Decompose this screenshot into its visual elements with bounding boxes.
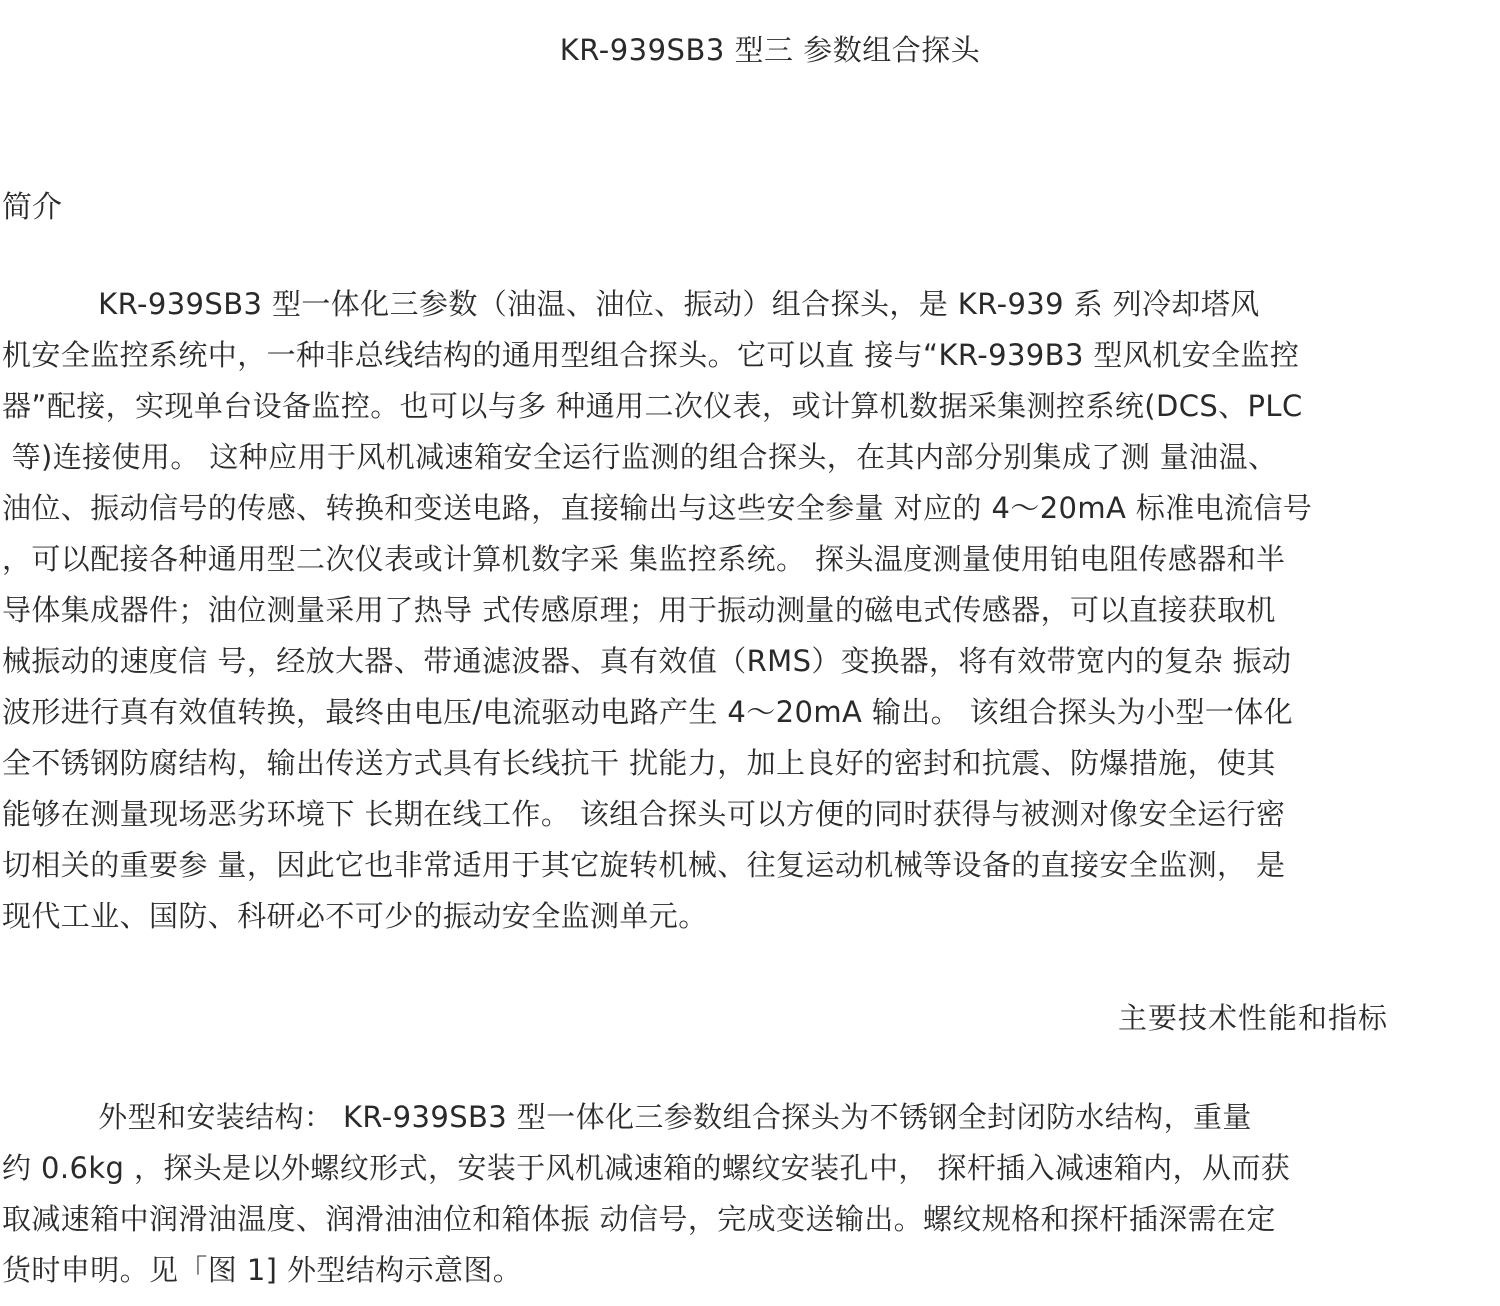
intro-line: 切相关的重要参 量，因此它也非常适用于其它旋转机械、往复运动机械等设备的直接安全… bbox=[2, 840, 1498, 891]
specs-line: 取减速箱中润滑油温度、润滑油油位和箱体振 动信号，完成变送输出。螺纹规格和探杆插… bbox=[2, 1194, 1498, 1245]
intro-line: 械振动的速度信 号，经放大器、带通滤波器、真有效值（RMS）变换器，将有效带宽内… bbox=[2, 636, 1498, 687]
intro-line: 油位、振动信号的传感、转换和变送电路，直接输出与这些安全参量 对应的 4～20m… bbox=[2, 483, 1498, 534]
intro-line: 全不锈钢防腐结构，输出传送方式具有长线抗干 扰能力，加上良好的密封和抗震、防爆措… bbox=[2, 738, 1498, 789]
intro-line: 机安全监控系统中，一种非总线结构的通用型组合探头。它可以直 接与“KR-939B… bbox=[2, 330, 1498, 381]
specs-line: 外型和安装结构： KR-939SB3 型一体化三参数组合探头为不锈钢全封闭防水结… bbox=[2, 1092, 1498, 1143]
document-title: KR-939SB3 型三 参数组合探头 bbox=[0, 28, 1500, 69]
intro-line: ，可以配接各种通用型二次仪表或计算机数字采 集监控系统。 探头温度测量使用铂电阻… bbox=[2, 534, 1498, 585]
specs-heading: 主要技术性能和指标 bbox=[1118, 996, 1388, 1037]
intro-paragraph: KR-939SB3 型一体化三参数（油温、油位、振动）组合探头，是 KR-939… bbox=[2, 279, 1498, 942]
specs-paragraph: 外型和安装结构： KR-939SB3 型一体化三参数组合探头为不锈钢全封闭防水结… bbox=[2, 1092, 1498, 1296]
intro-line: 能够在测量现场恶劣环境下 长期在线工作。 该组合探头可以方便的同时获得与被测对像… bbox=[2, 789, 1498, 840]
intro-heading: 简介 bbox=[2, 182, 62, 226]
intro-line: 器”配接，实现单台设备监控。也可以与多 种通用二次仪表，或计算机数据采集测控系统… bbox=[2, 381, 1498, 432]
specs-line: 货时申明。见「图 1] 外型结构示意图。 bbox=[2, 1245, 1498, 1296]
intro-line: 波形进行真有效值转换，最终由电压/电流驱动电路产生 4～20mA 输出。 该组合… bbox=[2, 687, 1498, 738]
intro-line: 导体集成器件；油位测量采用了热导 式传感原理；用于振动测量的磁电式传感器，可以直… bbox=[2, 585, 1498, 636]
specs-line: 约 0.6kg ，探头是以外螺纹形式，安装于风机减速箱的螺纹安装孔中， 探杆插入… bbox=[2, 1143, 1498, 1194]
intro-line: KR-939SB3 型一体化三参数（油温、油位、振动）组合探头，是 KR-939… bbox=[2, 279, 1498, 330]
intro-line: 现代工业、国防、科研必不可少的振动安全监测单元。 bbox=[2, 891, 1498, 942]
intro-line: 等)连接使用。 这种应用于风机减速箱安全运行监测的组合探头，在其内部分别集成了测… bbox=[2, 432, 1498, 483]
